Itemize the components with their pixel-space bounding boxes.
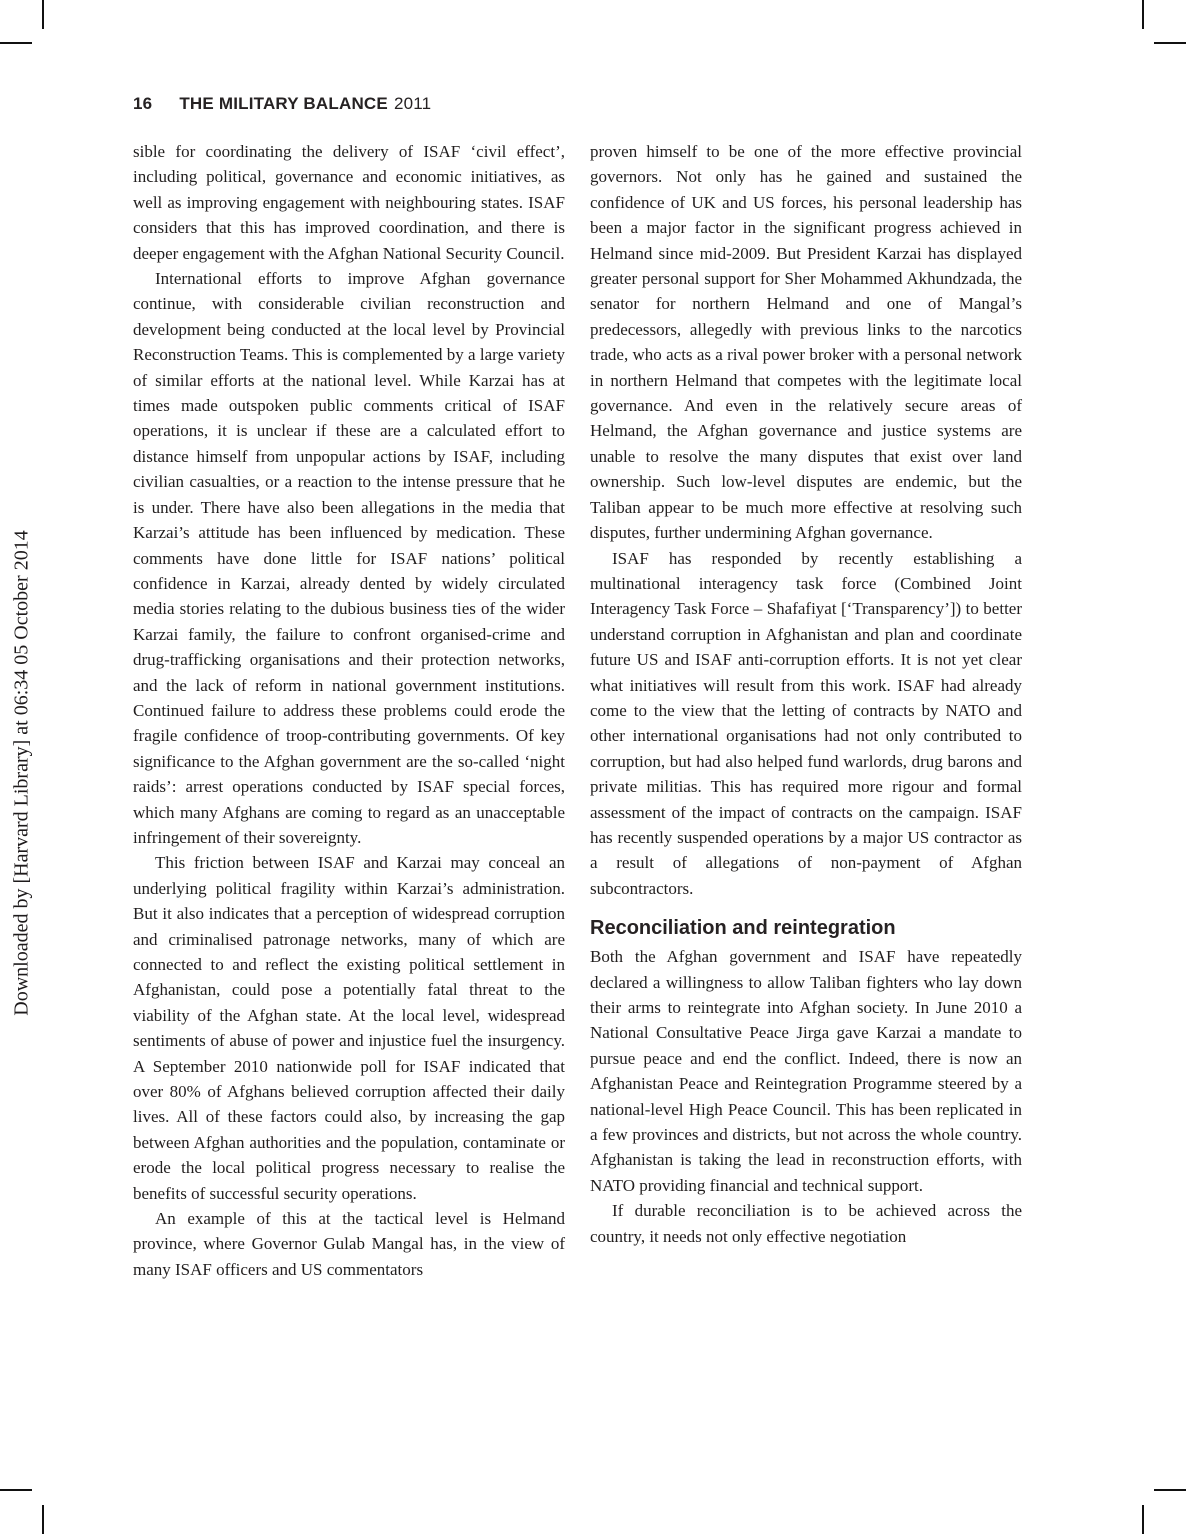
crop-mark-bottom-left-vertical	[42, 1505, 44, 1534]
body-paragraph: ISAF has responded by recently establish…	[590, 546, 1022, 902]
crop-mark-bottom-left-horizontal	[0, 1489, 32, 1491]
publication-year: 2011	[394, 94, 431, 114]
document-page: 16 THE MILITARY BALANCE 2011 Downloaded …	[0, 0, 1186, 1534]
body-paragraph: sible for coordinating the delivery of I…	[133, 139, 565, 266]
running-head: 16 THE MILITARY BALANCE 2011	[133, 94, 431, 114]
body-columns: sible for coordinating the delivery of I…	[133, 139, 1022, 1282]
body-paragraph: This friction between ISAF and Karzai ma…	[133, 850, 565, 1206]
right-column: proven himself to be one of the more eff…	[590, 139, 1022, 1282]
left-column: sible for coordinating the delivery of I…	[133, 139, 565, 1282]
body-paragraph: proven himself to be one of the more eff…	[590, 139, 1022, 546]
download-watermark: Downloaded by [Harvard Library] at 06:34…	[11, 530, 34, 1015]
page-number: 16	[133, 94, 152, 114]
crop-mark-bottom-right-vertical	[1142, 1505, 1144, 1534]
crop-mark-top-left-horizontal	[0, 42, 32, 44]
body-paragraph: International efforts to improve Afghan …	[133, 266, 565, 850]
section-heading: Reconciliation and reintegration	[590, 915, 1022, 941]
crop-mark-top-left-vertical	[42, 0, 44, 29]
body-paragraph: If durable reconciliation is to be achie…	[590, 1198, 1022, 1249]
crop-mark-top-right-vertical	[1142, 0, 1144, 29]
crop-mark-top-right-horizontal	[1154, 42, 1186, 44]
publication-title: THE MILITARY BALANCE	[179, 94, 388, 114]
crop-mark-bottom-right-horizontal	[1154, 1489, 1186, 1491]
body-paragraph: Both the Afghan government and ISAF have…	[590, 944, 1022, 1198]
body-paragraph: An example of this at the tactical level…	[133, 1206, 565, 1282]
